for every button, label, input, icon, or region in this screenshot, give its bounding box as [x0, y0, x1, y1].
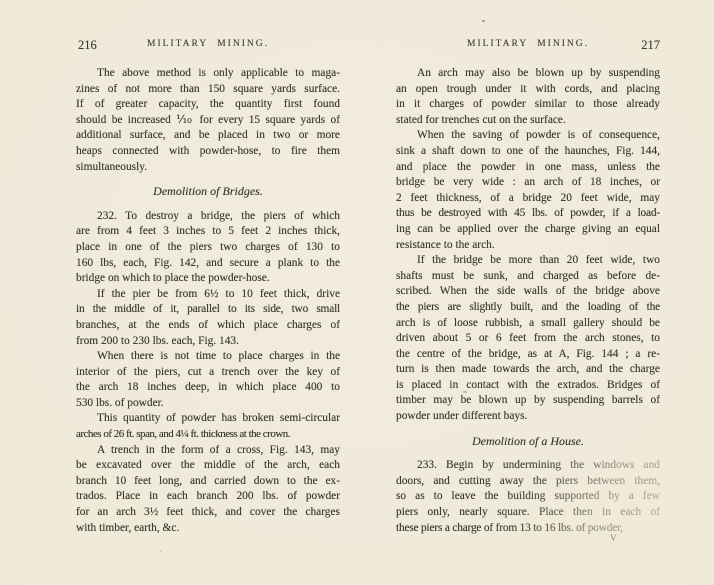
- text-line: 232. To destroy a bridge, the piers of w…: [76, 209, 340, 225]
- text-line: This quantity of powder has broken semi-…: [76, 411, 340, 427]
- text-line: branches, at the ends of which place cha…: [76, 318, 340, 334]
- ink-speck: [463, 391, 467, 393]
- text-line: scribed. When the side walls of the brid…: [396, 284, 660, 300]
- text-line: in the middle of it, parallel to its sid…: [76, 302, 340, 318]
- text-line: for an arch 3½ feet thick, and cover the…: [76, 505, 340, 521]
- text-line: these piers a charge of from 13 to 16 lb…: [396, 521, 660, 537]
- ink-speck: [160, 550, 162, 552]
- text-line: 530 lbs. of powder.: [76, 396, 340, 412]
- text-line: additional surface, and be placed in two…: [76, 128, 340, 144]
- page-body: An arch may also be blown up by suspendi…: [396, 66, 660, 536]
- text-line: interior of the piers, cut a trench over…: [76, 365, 340, 381]
- running-head: MILITARY MINING.: [396, 39, 660, 49]
- text-line: bridge be very wide : an arch of 18 inch…: [396, 175, 660, 191]
- text-line: arches of 26 ft. span, and 4¼ ft. thickn…: [76, 427, 340, 443]
- text-line: the arch 18 inches deep, in which place …: [76, 380, 340, 396]
- page-body: The above method is only applicable to m…: [76, 66, 340, 536]
- page-number: 217: [641, 38, 660, 53]
- page-left: 216 MILITARY MINING. The above method is…: [76, 38, 340, 536]
- text-line: 160 lbs, each, Fig. 142, and secure a pl…: [76, 256, 340, 272]
- text-line: trados. Place in each branch 200 lbs. of…: [76, 489, 340, 505]
- paragraph: The above method is only applicable to m…: [76, 66, 340, 175]
- text-line: doors, and cutting away the piers betwee…: [396, 474, 660, 490]
- text-line: If of greater capacity, the quantity fir…: [76, 97, 340, 113]
- text-line: 2 feet thickness, of a bridge 20 feet wi…: [396, 191, 660, 207]
- text-line: shafts must be sunk, and charged as befo…: [396, 269, 660, 285]
- text-line: an open trough under it with cords, and …: [396, 82, 660, 98]
- heading-text: Demolition of a House.: [396, 434, 660, 450]
- text-line: When the saving of powder is of conseque…: [396, 128, 660, 144]
- paragraph: If the pier be from 6½ to 10 feet thick,…: [76, 287, 340, 349]
- text-line: 233. Begin by undermining the windows an…: [396, 458, 660, 474]
- text-line: simultaneously.: [76, 160, 340, 176]
- text-line: from 200 to 230 lbs. each, Fig. 143.: [76, 334, 340, 350]
- text-line: sink a shaft down to one of the haunches…: [396, 144, 660, 160]
- text-line: be excavated over the middle of the arch…: [76, 458, 340, 474]
- text-line: If the bridge be more than 20 feet wide,…: [396, 253, 660, 269]
- paragraph: If the bridge be more than 20 feet wide,…: [396, 253, 660, 425]
- paragraph: An arch may also be blown up by suspendi…: [396, 66, 660, 128]
- paragraph: When the saving of powder is of conseque…: [396, 128, 660, 253]
- text-line: stated for trenches cut on the surface.: [396, 113, 660, 129]
- text-line: place in one of the piers two charges of…: [76, 240, 340, 256]
- text-line: zines of not more than 150 square yards …: [76, 82, 340, 98]
- paragraph: When there is not time to place charges …: [76, 349, 340, 411]
- ink-speck: [482, 20, 485, 22]
- text-line: is placed in contact with the extrados. …: [396, 378, 660, 394]
- paragraph: A trench in the form of a cross, Fig. 14…: [76, 443, 340, 537]
- section-heading: Demolition of a House.: [396, 434, 660, 450]
- text-line: arch is of loose rubbish, a small galler…: [396, 316, 660, 332]
- text-line: the centre of the bridge, as at A, Fig. …: [396, 347, 660, 363]
- heading-text: Demolition of Bridges.: [76, 184, 340, 200]
- paragraph: 233. Begin by undermining the windows an…: [396, 458, 660, 536]
- text-line: If the pier be from 6½ to 10 feet thick,…: [76, 287, 340, 303]
- text-line: in it charges of powder similar to those…: [396, 97, 660, 113]
- printer-signature-mark: V: [610, 533, 617, 543]
- text-line: An arch may also be blown up by suspendi…: [396, 66, 660, 82]
- running-head: MILITARY MINING.: [76, 39, 340, 49]
- text-line: powder under different bays.: [396, 409, 660, 425]
- text-line: ing can be applied over the charge givin…: [396, 222, 660, 238]
- text-line: and place the powder in one mass, unless…: [396, 160, 660, 176]
- text-line: driven about 5 or 6 feet from the arch s…: [396, 331, 660, 347]
- text-line: The above method is only applicable to m…: [76, 66, 340, 82]
- page-right: MILITARY MINING. 217 An arch may also be…: [396, 38, 660, 536]
- text-line: so as to leave the building supported by…: [396, 489, 660, 505]
- text-line: heaps connected with powder-hose, to fir…: [76, 144, 340, 160]
- text-line: timber may be blown up by suspending bar…: [396, 393, 660, 409]
- text-line: should be increased ⅒ for every 15 squar…: [76, 113, 340, 129]
- text-line: bridge on which to place the powder-hose…: [76, 271, 340, 287]
- text-line: branch 10 feet long, and carried down to…: [76, 474, 340, 490]
- text-line: are from 4 feet 3 inches to 5 feet 2 inc…: [76, 224, 340, 240]
- text-line: with timber, earth, &c.: [76, 521, 340, 537]
- text-line: thus be destroyed with 45 lbs. of powder…: [396, 206, 660, 222]
- text-line: turn is then made towards the arch, and …: [396, 362, 660, 378]
- text-line: the piers are slightly built, and the lo…: [396, 300, 660, 316]
- text-line: piers only, nearly square. Place then in…: [396, 505, 660, 521]
- paragraph: This quantity of powder has broken semi-…: [76, 411, 340, 442]
- text-line: When there is not time to place charges …: [76, 349, 340, 365]
- page-header: 216 MILITARY MINING.: [76, 38, 340, 52]
- section-heading: Demolition of Bridges.: [76, 184, 340, 200]
- paragraph: 232. To destroy a bridge, the piers of w…: [76, 209, 340, 287]
- text-line: A trench in the form of a cross, Fig. 14…: [76, 443, 340, 459]
- book-scan: 216 MILITARY MINING. The above method is…: [0, 0, 714, 585]
- page-header: MILITARY MINING. 217: [396, 38, 660, 52]
- text-line: resistance to the arch.: [396, 238, 660, 254]
